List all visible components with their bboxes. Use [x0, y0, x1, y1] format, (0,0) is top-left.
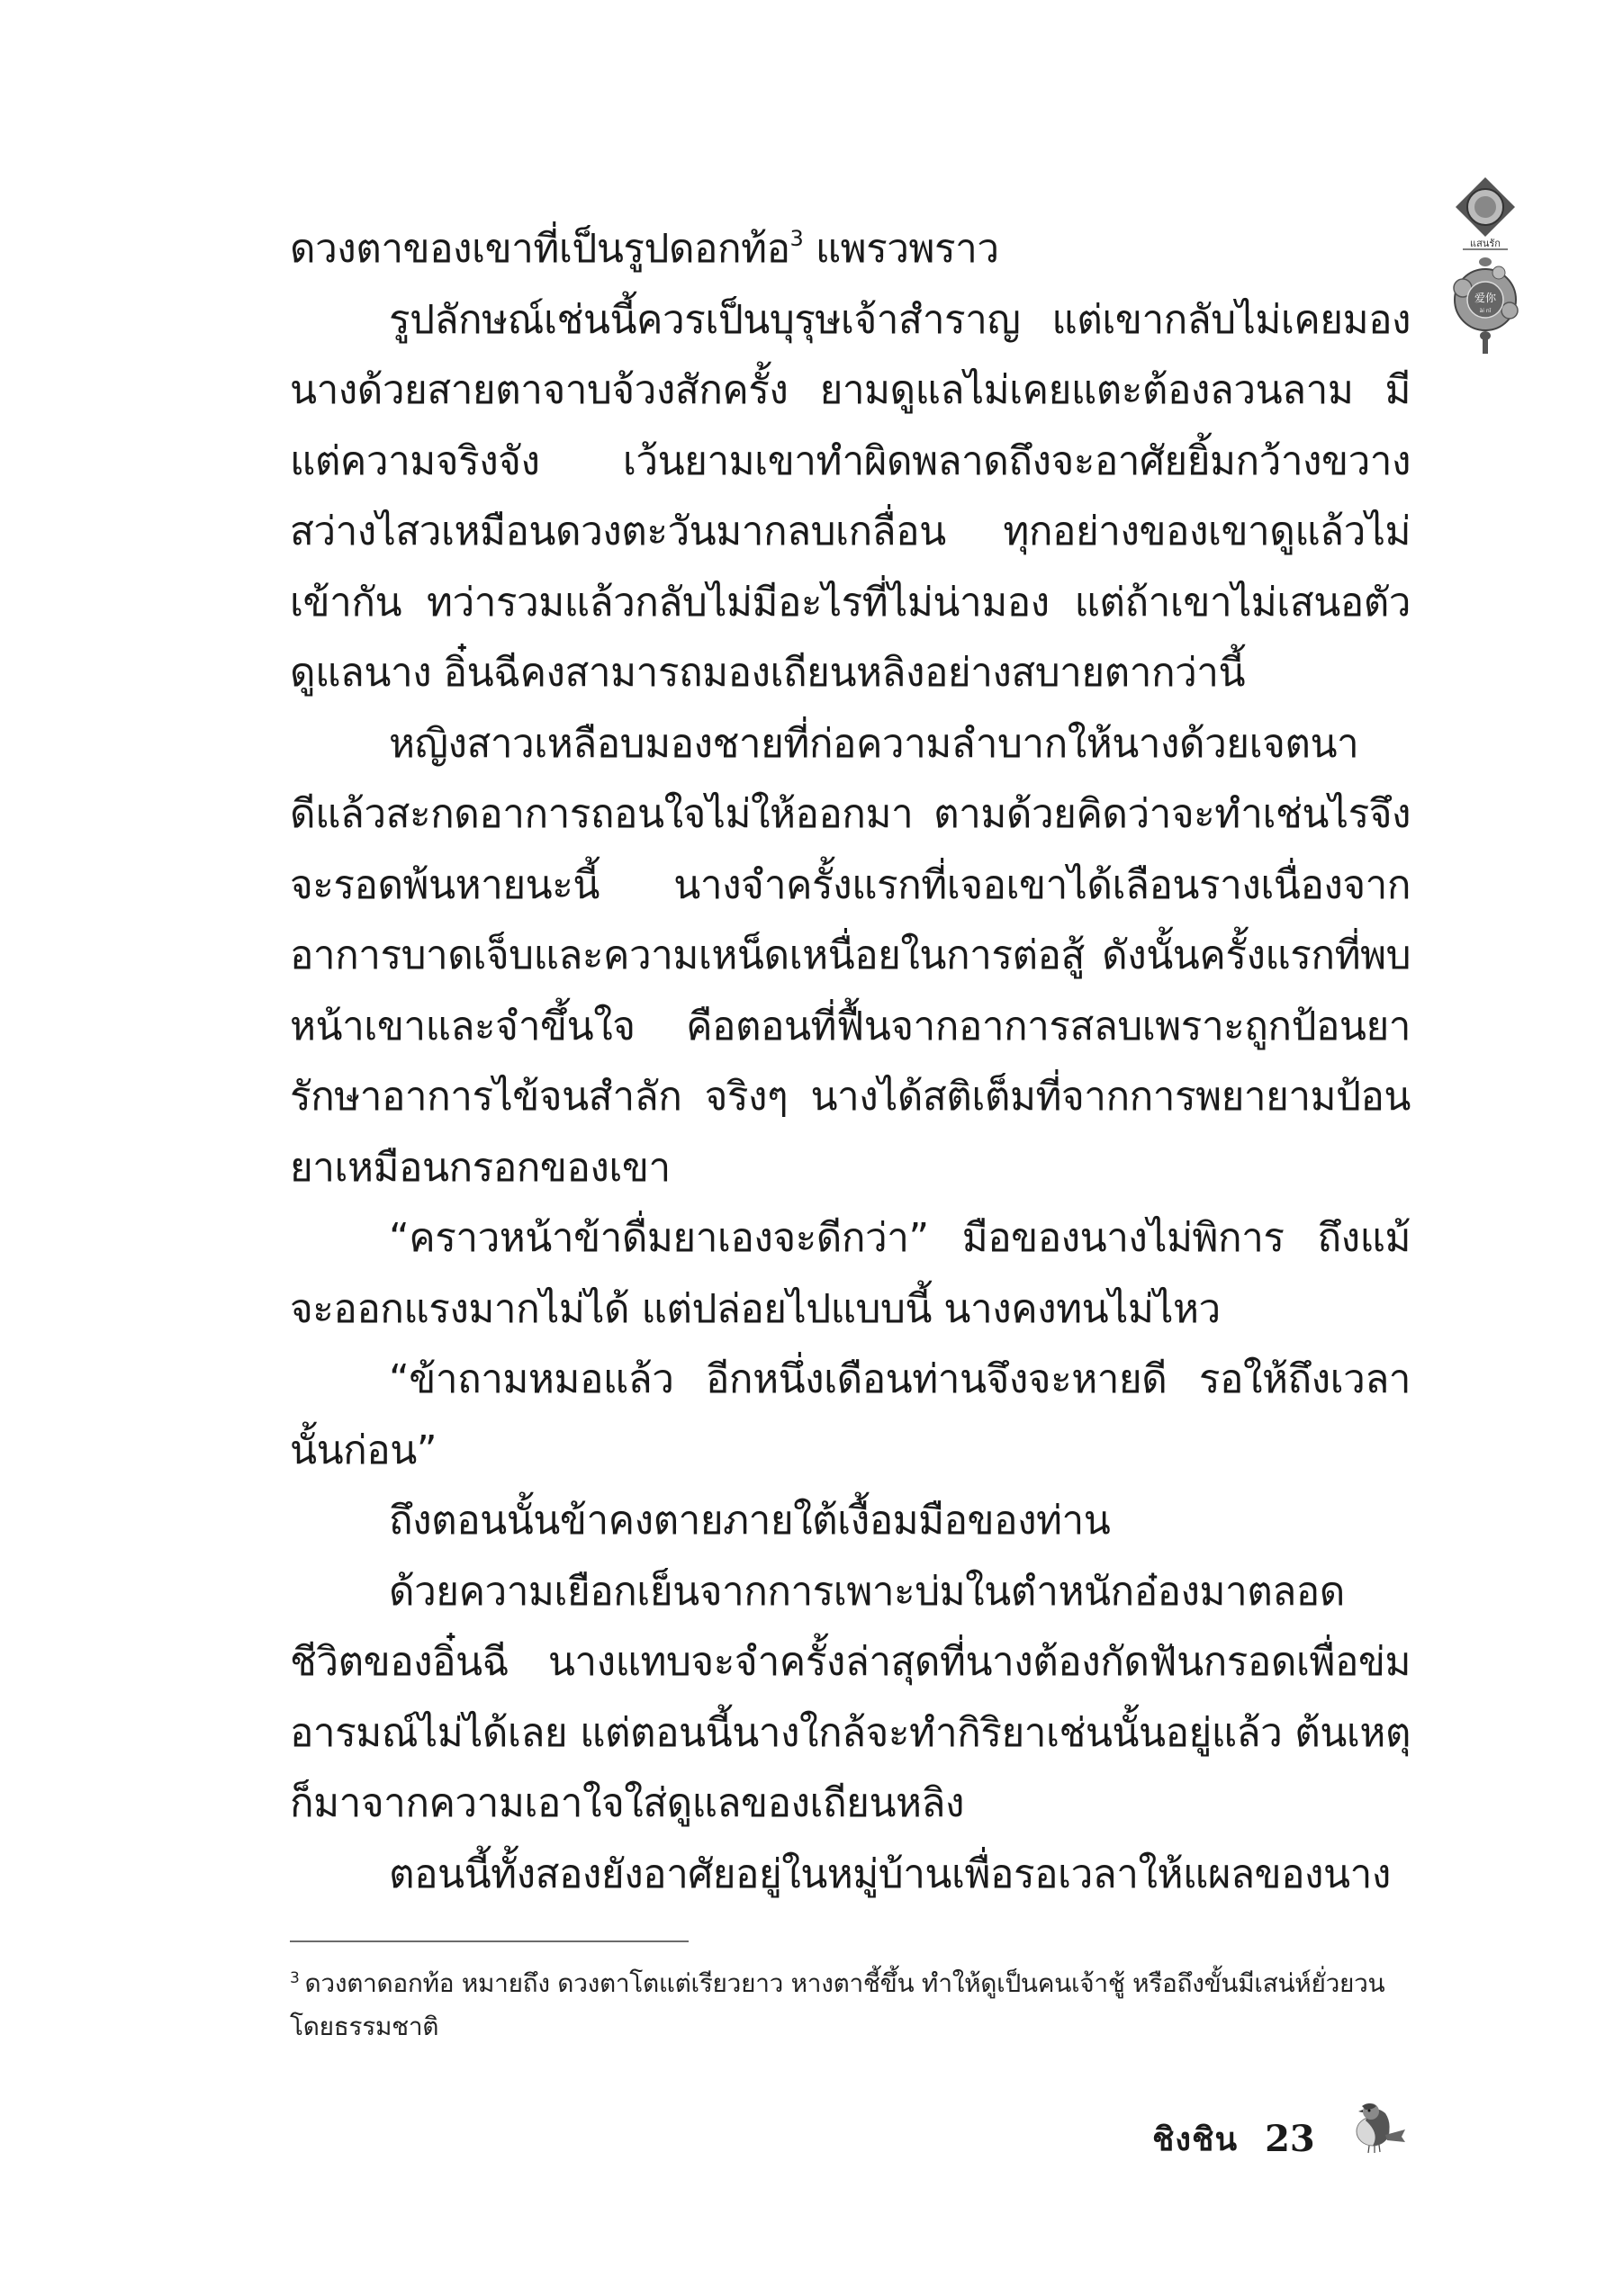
ornament-pinyin: ài nǐ: [1480, 308, 1492, 314]
ornament-label: แสนรัก: [1470, 238, 1501, 249]
book-page: แสนรัก 爱你 ài nǐ ดวงตาของเขาที่เป็นรูปดอก…: [0, 0, 1605, 2296]
paragraph-text: ดวงตาของเขาที่เป็นรูปดอกท้อ: [290, 226, 790, 272]
page-number: 23: [1265, 2118, 1315, 2160]
paragraph-2: รูปลักษณ์เช่นนี้ควรเป็นบุรุษเจ้าสำราญ แต…: [290, 285, 1411, 709]
footnote-reference: 3: [790, 226, 804, 251]
paragraph-text: แพรวพราว: [803, 226, 998, 272]
paragraph-6: ถึงตอนนั้นข้าคงตายภายใต้เงื้อมมือของท่าน: [290, 1486, 1411, 1557]
paragraph-4: “คราวหน้าข้าดื่มยาเองจะดีกว่า” มือของนาง…: [290, 1203, 1411, 1345]
footnote: 3ดวงตาดอกท้อ หมายถึง ดวงตาโตแต่เรียวยาว …: [290, 1962, 1411, 2048]
bird-icon: [1346, 2093, 1409, 2156]
paragraph-8: ตอนนี้ทั้งสองยังอาศัยอยู่ในหมู่บ้านเพื่อ…: [290, 1840, 1411, 1911]
running-title: ชิงชิน: [1152, 2113, 1238, 2165]
footnote-text: ดวงตาดอกท้อ หมายถึง ดวงตาโตแต่เรียวยาว ห…: [290, 1968, 1384, 2041]
paragraph-5: “ข้าถามหมอแล้ว อีกหนึ่งเดือนท่านจึงจะหาย…: [290, 1345, 1411, 1486]
body-text: ดวงตาของเขาที่เป็นรูปดอกท้อ3 แพรวพราว รู…: [290, 214, 1411, 1910]
folio: ชิงชิน 23: [1152, 2113, 1315, 2165]
paragraph-1: ดวงตาของเขาที่เป็นรูปดอกท้อ3 แพรวพราว: [290, 214, 1411, 285]
chinese-knot-ornament-icon: แสนรัก 爱你 ài nǐ: [1445, 176, 1526, 356]
paragraph-3: หญิงสาวเหลือบมองชายที่ก่อความลำบากให้นาง…: [290, 709, 1411, 1204]
paragraph-7: ด้วยความเยือกเย็นจากการเพาะบ่มในตำหนักอ๋…: [290, 1557, 1411, 1840]
footnote-marker: 3: [290, 1969, 300, 1987]
footnote-divider: [290, 1940, 689, 1942]
ornament-chinese-text: 爱你: [1474, 292, 1497, 304]
